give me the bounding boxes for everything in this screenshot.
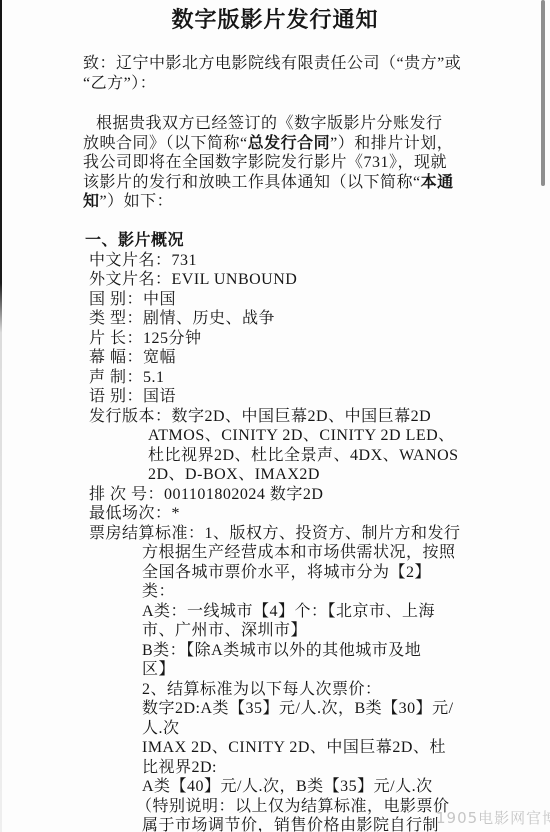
text-line: 类： (0, 582, 550, 602)
text-line: 一、影片概况 (0, 231, 550, 251)
document-page: 1905电影网官博 数字版影片发行通知 致：辽宁中影北方电影院线有限责任公司（“… (0, 0, 550, 832)
text-run: A类【40】元/人.次，B类【35】元/人.次 (142, 778, 433, 795)
text-line: 我公司即将在全国数字影院发行影片《731》，现就 (0, 153, 550, 173)
text-line: 排 次 号：001101802024 数字2D (0, 485, 550, 505)
text-line: 语 别：国语 (0, 387, 550, 407)
text-run: 排 次 号：001101802024 数字2D (89, 486, 323, 503)
text-run: 该影片的发行和放映工作具体通知（以下简称“ (83, 174, 421, 191)
text-run: 语 别：国语 (89, 388, 176, 405)
text-run: 国 别：中国 (89, 291, 176, 308)
text-run: 市、广州市、深圳市】 (142, 622, 307, 639)
text-run: 一、影片概况 (85, 232, 184, 249)
text-line: 杜比视界2D、杜比全景声、4DX、WANOS (0, 446, 550, 466)
text-run: ”）如下： (100, 193, 174, 210)
text-line: ATMOS、CINITY 2D、CINITY 2D LED、 (0, 426, 550, 446)
text-line: 致：辽宁中影北方电影院线有限责任公司（“贵方”或 (0, 54, 550, 74)
text-line: 人.次 (0, 719, 550, 739)
text-run: 人.次 (142, 720, 180, 737)
bold-text-run: 知 (83, 193, 100, 210)
text-run: 2、结算标准为以下每人次票价： (142, 681, 382, 698)
text-line: A类：一线城市【4】个：【北京市、上海 (0, 602, 550, 622)
scan-edge-artifact (0, 0, 2, 832)
text-run: 幕 幅：宽幅 (89, 349, 176, 366)
document-lines: 致：辽宁中影北方电影院线有限责任公司（“贵方”或“乙方”）：根据贵我双方已经签订… (0, 54, 550, 832)
text-run: 票房结算标准：1、版权方、投资方、制片方和发行 (89, 525, 461, 542)
text-run: 致：辽宁中影北方电影院线有限责任公司（“贵方”或 (83, 55, 461, 72)
text-run: B类：【除A类城市以外的其他城市及地 (142, 642, 421, 659)
text-run: 中文片名：731 (89, 252, 197, 269)
text-run: ATMOS、CINITY 2D、CINITY 2D LED、 (148, 427, 455, 444)
text-line: 片 长：125分钟 (0, 329, 550, 349)
text-line: 2、结算标准为以下每人次票价： (0, 680, 550, 700)
text-run: 发行版本：数字2D、中国巨幕2D、中国巨幕2D (89, 408, 431, 425)
text-line: 根据贵我双方已经签订的《数字版影片分账发行 (0, 114, 550, 134)
text-line: （特别说明：以上仅为结算标准，电影票价 (0, 797, 550, 817)
text-run: 放映合同》（以下简称“ (83, 135, 248, 152)
bold-text-run: 本通 (421, 174, 454, 191)
text-run: 杜比视界2D、杜比全景声、4DX、WANOS (148, 447, 459, 464)
text-line: 票房结算标准：1、版权方、投资方、制片方和发行 (0, 524, 550, 544)
text-run: 全国各城市票价水平，将城市分为【2】 (142, 564, 431, 581)
text-line: A类【40】元/人.次，B类【35】元/人.次 (0, 777, 550, 797)
text-line: 该影片的发行和放映工作具体通知（以下简称“本通 (0, 173, 550, 193)
text-line: 外文片名：EVIL UNBOUND (0, 270, 550, 290)
text-line: 方根据生产经营成本和市场供需状况，按照 (0, 543, 550, 563)
text-run: “乙方”）： (83, 75, 156, 92)
document-title: 数字版影片发行通知 (0, 6, 550, 36)
text-run: IMAX 2D、CINITY 2D、中国巨幕2D、杜 (142, 739, 446, 756)
text-run: 类： (142, 583, 175, 600)
text-run: 外文片名：EVIL UNBOUND (89, 271, 297, 288)
text-line: 属于市场调节价，销售价格由影院自行制 (0, 816, 550, 832)
text-line: IMAX 2D、CINITY 2D、中国巨幕2D、杜 (0, 738, 550, 758)
text-line: B类：【除A类城市以外的其他城市及地 (0, 641, 550, 661)
text-run: 根据贵我双方已经签订的《数字版影片分账发行 (96, 115, 443, 132)
text-line: 数字2D:A类【35】元/人.次，B类【30】元/ (0, 699, 550, 719)
text-run: 属于市场调节价，销售价格由影院自行制 (142, 817, 439, 832)
text-line: 中文片名：731 (0, 251, 550, 271)
text-run: 区】 (142, 661, 175, 678)
text-run: 片 长：125分钟 (89, 330, 202, 347)
scrollbar-thumb[interactable] (541, 0, 545, 186)
text-line: 发行版本：数字2D、中国巨幕2D、中国巨幕2D (0, 407, 550, 427)
text-run: 最低场次：* (89, 505, 180, 522)
text-line: 区】 (0, 660, 550, 680)
text-run: 我公司即将在全国数字影院发行影片《731》，现就 (83, 154, 447, 171)
text-run: 声 制：5.1 (89, 369, 165, 386)
text-line: 比视界2D: (0, 758, 550, 778)
text-line: 最低场次：* (0, 504, 550, 524)
text-line: 类 型：剧情、历史、战争 (0, 309, 550, 329)
text-run: 2D、D-BOX、IMAX2D (148, 466, 320, 483)
text-run: 数字2D:A类【35】元/人.次，B类【30】元/ (142, 700, 454, 717)
paragraph-gap (0, 212, 550, 232)
text-line: “乙方”）： (0, 74, 550, 94)
text-line: 放映合同》（以下简称“总发行合同”）和排片计划， (0, 134, 550, 154)
text-line: 幕 幅：宽幅 (0, 348, 550, 368)
text-run: 比视界2D: (142, 759, 217, 776)
text-line: 市、广州市、深圳市】 (0, 621, 550, 641)
text-line: 2D、D-BOX、IMAX2D (0, 465, 550, 485)
text-line: 声 制：5.1 (0, 368, 550, 388)
text-run: ”）和排片计划， (330, 135, 453, 152)
text-run: 方根据生产经营成本和市场供需状况，按照 (142, 544, 456, 561)
text-run: A类：一线城市【4】个：【北京市、上海 (142, 603, 435, 620)
text-run: 类 型：剧情、历史、战争 (89, 310, 275, 327)
text-line: 国 别：中国 (0, 290, 550, 310)
bold-text-run: 总发行合同 (248, 135, 331, 152)
paragraph-gap (0, 93, 550, 114)
text-run: （特别说明：以上仅为结算标准，电影票价 (136, 798, 450, 815)
text-line: 知”）如下： (0, 192, 550, 212)
text-line: 全国各城市票价水平，将城市分为【2】 (0, 563, 550, 583)
